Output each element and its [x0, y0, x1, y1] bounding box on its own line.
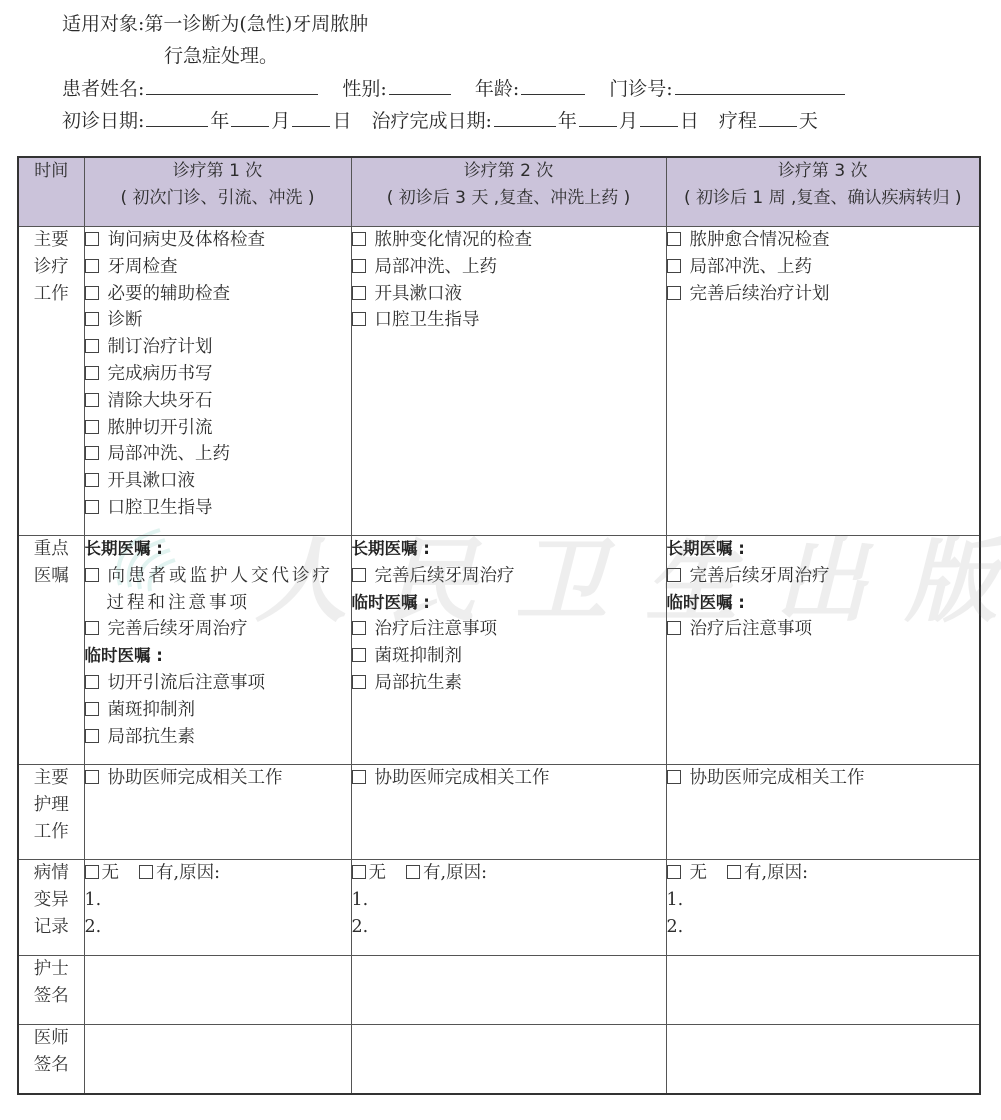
- item-label: 清除大块牙石: [108, 391, 213, 411]
- applicable-diagnosis: 第一诊断为(急性)牙周脓肿: [144, 13, 368, 35]
- checklist-item[interactable]: 诊断: [85, 307, 351, 334]
- nursing-visit-2: 协助医师完成相关工作: [351, 765, 666, 860]
- label-line: 记录: [19, 914, 84, 941]
- applicable-line-1: 适用对象:第一诊断为(急性)牙周脓肿: [62, 8, 962, 40]
- item-label: 完善后续牙周治疗: [690, 566, 830, 586]
- checklist-item[interactable]: 治疗后注意事项: [667, 616, 980, 643]
- label-line: 签名: [19, 983, 84, 1010]
- checklist-item[interactable]: 局部抗生素: [85, 724, 351, 751]
- visit-3-subtitle: ( 初诊后 1 周 ,复查、确认疾病转归 ): [667, 185, 980, 212]
- checkbox-icon[interactable]: [352, 648, 366, 662]
- doctor-signature-visit-1[interactable]: [84, 1025, 351, 1094]
- item-label: 制订治疗计划: [108, 337, 213, 357]
- checkbox-icon[interactable]: [352, 286, 366, 300]
- item-label: 局部冲洗、上药: [108, 444, 231, 464]
- label-line: 医嘱: [19, 563, 84, 590]
- checklist-item[interactable]: 完善后续牙周治疗: [352, 563, 666, 590]
- checklist-item[interactable]: 询问病史及体格检查: [85, 227, 351, 254]
- checkbox-icon[interactable]: [85, 729, 99, 743]
- long-term-orders-heading: 长期医嘱 :: [352, 536, 666, 563]
- variation-line-2[interactable]: 2.: [352, 914, 666, 941]
- variation-line-2[interactable]: 2.: [667, 914, 980, 941]
- checklist-item[interactable]: 向患者或监护人交代诊疗过程和注意事项: [85, 563, 351, 617]
- visit-1-subtitle: ( 初次门诊、引流、冲洗 ): [85, 185, 351, 212]
- item-label: 完善后续牙周治疗: [108, 619, 248, 639]
- course-unit: 天: [799, 110, 818, 132]
- label-line: 工作: [19, 819, 84, 846]
- variation-options: 无有,原因:: [352, 860, 666, 887]
- checkbox-icon[interactable]: [352, 312, 366, 326]
- checkbox-icon[interactable]: [85, 259, 99, 273]
- item-label: 治疗后注意事项: [690, 619, 813, 639]
- patient-name-field[interactable]: [146, 72, 318, 95]
- checkbox-icon[interactable]: [667, 621, 681, 635]
- row-label-nursing: 主要 护理 工作: [18, 765, 84, 860]
- checkbox-icon[interactable]: [352, 675, 366, 689]
- item-label: 切开引流后注意事项: [108, 673, 266, 693]
- checklist-item[interactable]: 协助医师完成相关工作: [85, 765, 351, 792]
- checklist-item[interactable]: 口腔卫生指导: [352, 307, 666, 334]
- checklist-item[interactable]: 脓肿愈合情况检查: [667, 227, 980, 254]
- label-line: 工作: [19, 281, 84, 308]
- variation-visit-1: 无有,原因: 1. 2.: [84, 860, 351, 956]
- checkbox-icon[interactable]: [85, 473, 99, 487]
- clinic-no-label: 门诊号:: [609, 78, 672, 100]
- course-days-field[interactable]: [759, 104, 797, 127]
- label-line: 重点: [19, 536, 84, 563]
- visit-2-subtitle: ( 初诊后 3 天 ,复查、冲洗上药 ): [352, 185, 666, 212]
- row-nursing: 主要 护理 工作 协助医师完成相关工作 协助医师完成相关工作 协助医师完成相关工…: [18, 765, 980, 860]
- completion-day-field[interactable]: [640, 104, 678, 127]
- item-label: 完善后续治疗计划: [690, 284, 830, 304]
- checkbox-icon[interactable]: [667, 770, 681, 784]
- row-variation: 病情 变异 记录 无有,原因: 1. 2. 无有,原因: 1. 2. 无有,原因…: [18, 860, 980, 956]
- variation-options: 无有,原因:: [667, 860, 980, 887]
- checkbox-yes-icon[interactable]: [727, 865, 741, 879]
- first-visit-year-field[interactable]: [146, 104, 208, 127]
- nurse-signature-visit-3[interactable]: [666, 956, 980, 1025]
- checkbox-yes-icon[interactable]: [139, 865, 153, 879]
- checklist-item[interactable]: 局部抗生素: [352, 670, 666, 697]
- course-label: 疗程: [719, 110, 757, 132]
- checklist-item[interactable]: 完善后续牙周治疗: [667, 563, 980, 590]
- checklist-item[interactable]: 口腔卫生指导: [85, 495, 351, 522]
- row-nurse-signature: 护士 签名: [18, 956, 980, 1025]
- age-field[interactable]: [521, 72, 585, 95]
- label-line: 护理: [19, 792, 84, 819]
- checkbox-icon[interactable]: [85, 621, 99, 635]
- item-label: 局部抗生素: [375, 673, 463, 693]
- none-label: 无: [102, 863, 120, 883]
- item-label: 开具漱口液: [108, 471, 196, 491]
- checkbox-icon[interactable]: [85, 339, 99, 353]
- item-label: 协助医师完成相关工作: [108, 768, 283, 788]
- checklist-item[interactable]: 清除大块牙石: [85, 388, 351, 415]
- checkbox-icon[interactable]: [667, 232, 681, 246]
- gender-field[interactable]: [389, 72, 451, 95]
- yes-reason-label: 有,原因:: [744, 863, 808, 883]
- row-label-orders: 重点 医嘱: [18, 536, 84, 765]
- checkbox-icon[interactable]: [352, 232, 366, 246]
- checkbox-icon[interactable]: [352, 770, 366, 784]
- checklist-item[interactable]: 切开引流后注意事项: [85, 670, 351, 697]
- checklist-item[interactable]: 协助医师完成相关工作: [352, 765, 666, 792]
- main-work-visit-2: 脓肿变化情况的检查 局部冲洗、上药 开具漱口液 口腔卫生指导: [351, 227, 666, 536]
- temporary-orders-heading: 临时医嘱 :: [85, 643, 351, 670]
- item-label: 治疗后注意事项: [375, 619, 498, 639]
- nurse-signature-visit-1[interactable]: [84, 956, 351, 1025]
- month-label: 月: [271, 110, 290, 132]
- item-label: 协助医师完成相关工作: [690, 768, 865, 788]
- yes-reason-label: 有,原因:: [423, 863, 487, 883]
- checklist-item[interactable]: 局部冲洗、上药: [667, 254, 980, 281]
- checkbox-icon[interactable]: [352, 259, 366, 273]
- applicable-label: 适用对象:: [62, 13, 144, 35]
- long-term-orders-heading: 长期医嘱 :: [85, 536, 351, 563]
- item-label: 协助医师完成相关工作: [375, 768, 550, 788]
- checklist-item[interactable]: 开具漱口液: [352, 281, 666, 308]
- label-line: 诊疗: [19, 254, 84, 281]
- checklist-item[interactable]: 协助医师完成相关工作: [667, 765, 980, 792]
- clinic-no-field[interactable]: [675, 72, 845, 95]
- checkbox-none-icon[interactable]: [352, 865, 366, 879]
- applicable-treatment: 行急症处理。: [164, 45, 278, 67]
- checkbox-icon[interactable]: [85, 366, 99, 380]
- time-label: 时间: [34, 161, 68, 181]
- table-header-row: 时间 诊疗第 1 次 ( 初次门诊、引流、冲洗 ) 诊疗第 2 次 ( 初诊后 …: [18, 157, 980, 227]
- main-work-visit-1: 询问病史及体格检查 牙周检查 必要的辅助检查 诊断 制订治疗计划 完成病历书写 …: [84, 227, 351, 536]
- label-line: 变异: [19, 887, 84, 914]
- checklist-item[interactable]: 局部冲洗、上药: [352, 254, 666, 281]
- checkbox-icon[interactable]: [85, 446, 99, 460]
- item-label: 脓肿切开引流: [108, 418, 213, 438]
- visit-2-title: 诊疗第 2 次: [352, 158, 666, 185]
- item-label: 牙周检查: [108, 257, 178, 277]
- item-label: 询问病史及体格检查: [108, 230, 266, 250]
- checkbox-icon[interactable]: [85, 702, 99, 716]
- dates-line: 初诊日期:年月日治疗完成日期:年月日疗程天: [62, 104, 962, 136]
- applicable-line-2: 行急症处理。: [62, 40, 962, 72]
- main-work-visit-3: 脓肿愈合情况检查 局部冲洗、上药 完善后续治疗计划: [666, 227, 980, 536]
- checklist-item[interactable]: 菌斑抑制剂: [85, 697, 351, 724]
- visit-1-title: 诊疗第 1 次: [85, 158, 351, 185]
- checklist-item[interactable]: 开具漱口液: [85, 468, 351, 495]
- checklist-item[interactable]: 制订治疗计划: [85, 334, 351, 361]
- checkbox-icon[interactable]: [85, 420, 99, 434]
- checkbox-icon[interactable]: [85, 393, 99, 407]
- checkbox-icon[interactable]: [667, 259, 681, 273]
- label-line: 医师: [19, 1025, 84, 1052]
- variation-options: 无有,原因:: [85, 860, 351, 887]
- orders-visit-1: 长期医嘱 : 向患者或监护人交代诊疗过程和注意事项 完善后续牙周治疗 临时医嘱 …: [84, 536, 351, 765]
- item-label: 口腔卫生指导: [375, 310, 480, 330]
- label-line: 护士: [19, 956, 84, 983]
- age-label: 年龄:: [475, 78, 519, 100]
- doctor-signature-visit-2[interactable]: [351, 1025, 666, 1094]
- clinical-pathway-table: 时间 诊疗第 1 次 ( 初次门诊、引流、冲洗 ) 诊疗第 2 次 ( 初诊后 …: [17, 156, 981, 1095]
- checkbox-icon[interactable]: [85, 675, 99, 689]
- checkbox-none-icon[interactable]: [667, 865, 681, 879]
- visit-3-title: 诊疗第 3 次: [667, 158, 980, 185]
- pathway-header: 适用对象:第一诊断为(急性)牙周脓肿 行急症处理。 患者姓名:性别:年龄:门诊号…: [62, 8, 962, 136]
- nursing-visit-1: 协助医师完成相关工作: [84, 765, 351, 860]
- year-label: 年: [210, 110, 229, 132]
- first-visit-day-field[interactable]: [292, 104, 330, 127]
- item-label: 菌斑抑制剂: [108, 700, 196, 720]
- item-label: 局部冲洗、上药: [375, 257, 498, 277]
- checklist-item[interactable]: 完善后续牙周治疗: [85, 616, 351, 643]
- checklist-item[interactable]: 必要的辅助检查: [85, 281, 351, 308]
- label-line: 签名: [19, 1052, 84, 1079]
- checkbox-icon[interactable]: [85, 500, 99, 514]
- checklist-item[interactable]: 治疗后注意事项: [352, 616, 666, 643]
- first-visit-month-field[interactable]: [231, 104, 269, 127]
- item-label: 完成病历书写: [108, 364, 213, 384]
- header-visit-1: 诊疗第 1 次 ( 初次门诊、引流、冲洗 ): [84, 157, 351, 227]
- row-label-doctor-signature: 医师 签名: [18, 1025, 84, 1094]
- year-label: 年: [558, 110, 577, 132]
- label-line: 主要: [19, 227, 84, 254]
- item-label: 脓肿变化情况的检查: [375, 230, 533, 250]
- day-label: 日: [332, 110, 351, 132]
- checkbox-icon[interactable]: [667, 568, 681, 582]
- first-visit-label: 初诊日期:: [62, 110, 144, 132]
- month-label: 月: [619, 110, 638, 132]
- row-main-work: 主要 诊疗 工作 询问病史及体格检查 牙周检查 必要的辅助检查 诊断 制订治疗计…: [18, 227, 980, 536]
- checkbox-none-icon[interactable]: [85, 865, 99, 879]
- checklist-item[interactable]: 局部冲洗、上药: [85, 441, 351, 468]
- checkbox-icon[interactable]: [85, 770, 99, 784]
- nurse-signature-visit-2[interactable]: [351, 956, 666, 1025]
- long-term-orders-heading: 长期医嘱 :: [667, 536, 980, 563]
- completion-year-field[interactable]: [494, 104, 556, 127]
- checklist-item[interactable]: 菌斑抑制剂: [352, 643, 666, 670]
- label-line: 主要: [19, 765, 84, 792]
- item-label: 必要的辅助检查: [108, 284, 231, 304]
- temporary-orders-heading: 临时医嘱 :: [667, 590, 980, 617]
- patient-name-label: 患者姓名:: [62, 78, 144, 100]
- item-label: 脓肿愈合情况检查: [690, 230, 830, 250]
- variation-line-1[interactable]: 1.: [352, 887, 666, 914]
- header-visit-2: 诊疗第 2 次 ( 初诊后 3 天 ,复查、冲洗上药 ): [351, 157, 666, 227]
- variation-visit-2: 无有,原因: 1. 2.: [351, 860, 666, 956]
- checklist-item[interactable]: 完善后续治疗计划: [667, 281, 980, 308]
- completion-month-field[interactable]: [579, 104, 617, 127]
- checkbox-icon[interactable]: [85, 286, 99, 300]
- item-label: 完善后续牙周治疗: [375, 566, 515, 586]
- checklist-item[interactable]: 脓肿变化情况的检查: [352, 227, 666, 254]
- nursing-visit-3: 协助医师完成相关工作: [666, 765, 980, 860]
- row-label-main-work: 主要 诊疗 工作: [18, 227, 84, 536]
- orders-visit-3: 长期医嘱 : 完善后续牙周治疗 临时医嘱 : 治疗后注意事项: [666, 536, 980, 765]
- row-orders: 重点 医嘱 长期医嘱 : 向患者或监护人交代诊疗过程和注意事项 完善后续牙周治疗…: [18, 536, 980, 765]
- item-label: 局部冲洗、上药: [690, 257, 813, 277]
- variation-line-2[interactable]: 2.: [85, 914, 351, 941]
- gender-label: 性别:: [342, 78, 386, 100]
- variation-line-1[interactable]: 1.: [85, 887, 351, 914]
- checklist-item[interactable]: 牙周检查: [85, 254, 351, 281]
- day-label: 日: [680, 110, 699, 132]
- completion-label: 治疗完成日期:: [371, 110, 491, 132]
- variation-visit-3: 无有,原因: 1. 2.: [666, 860, 980, 956]
- checklist-item[interactable]: 完成病历书写: [85, 361, 351, 388]
- header-visit-3: 诊疗第 3 次 ( 初诊后 1 周 ,复查、确认疾病转归 ): [666, 157, 980, 227]
- none-label: 无: [369, 863, 387, 883]
- checklist-item[interactable]: 脓肿切开引流: [85, 415, 351, 442]
- checkbox-icon[interactable]: [352, 621, 366, 635]
- patient-info-line: 患者姓名:性别:年龄:门诊号:: [62, 72, 962, 104]
- checkbox-icon[interactable]: [85, 312, 99, 326]
- item-label: 诊断: [108, 310, 143, 330]
- orders-visit-2: 长期医嘱 : 完善后续牙周治疗 临时医嘱 : 治疗后注意事项 菌斑抑制剂 局部抗…: [351, 536, 666, 765]
- checkbox-icon[interactable]: [667, 286, 681, 300]
- item-label: 向患者或监护人交代诊疗过程和注意事项: [107, 566, 334, 613]
- doctor-signature-visit-3[interactable]: [666, 1025, 980, 1094]
- item-label: 菌斑抑制剂: [375, 646, 463, 666]
- checkbox-icon[interactable]: [352, 568, 366, 582]
- item-label: 局部抗生素: [108, 727, 196, 747]
- row-doctor-signature: 医师 签名: [18, 1025, 980, 1094]
- none-label: 无: [690, 863, 708, 883]
- variation-line-1[interactable]: 1.: [667, 887, 980, 914]
- label-line: 病情: [19, 860, 84, 887]
- item-label: 开具漱口液: [375, 284, 463, 304]
- row-label-variation: 病情 变异 记录: [18, 860, 84, 956]
- yes-reason-label: 有,原因:: [156, 863, 220, 883]
- item-label: 口腔卫生指导: [108, 498, 213, 518]
- header-time: 时间: [18, 157, 84, 227]
- temporary-orders-heading: 临时医嘱 :: [352, 590, 666, 617]
- checkbox-icon[interactable]: [85, 568, 99, 582]
- row-label-nurse-signature: 护士 签名: [18, 956, 84, 1025]
- checkbox-icon[interactable]: [85, 232, 99, 246]
- checkbox-yes-icon[interactable]: [406, 865, 420, 879]
